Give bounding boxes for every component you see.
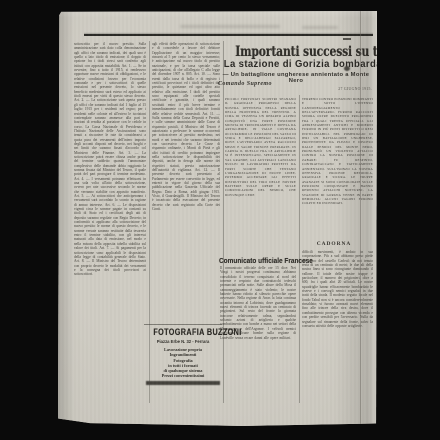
ad-line: Prezzi convenientissimi (144, 373, 222, 378)
article-column-1: sottoscritta per il nuovo prestito. Sull… (74, 42, 146, 404)
ad-body: Lavorazione propria Ingrandimenti Fotogr… (144, 347, 222, 379)
column-4-continuation: difficili movimenti, è andato in sua coo… (302, 250, 373, 403)
ink-smudge (343, 38, 351, 40)
section-header-comunicato-francese: Comunicato ufficiale Francese (219, 256, 313, 265)
bulletin-column-left: PICCOLI FORTUNATI SCONTRI SEGNANO IL GRA… (225, 97, 296, 246)
ad-address: Piazza Erbe N. 32 - Ferrara (144, 339, 222, 344)
signature-cadorna: CADORNA (302, 241, 366, 247)
bulletin-column-right: TERRENO CONTRO POSIZIONI DOMINANTI E SOT… (302, 97, 373, 239)
ghost-text (180, 25, 280, 28)
article-column-2: agli effetti delle operazioni di sottosc… (152, 42, 220, 323)
newspaper-page: sottoscritta per il nuovo prestito. Sull… (58, 11, 377, 426)
ad-ink-bar (146, 381, 219, 384)
kicker-comando-supremo: Comando Supremo (218, 81, 288, 87)
ad-title: FOTOGRAFIA BUZZONI (153, 327, 212, 338)
ad-fotografia-buzzoni: FOTOGRAFIA BUZZONI Piazza Erbe N. 32 - F… (144, 324, 222, 407)
headline-main: Importanti successi su tutto il fronte (235, 44, 357, 60)
column-divider (299, 95, 300, 403)
dateline: 27 GIUGNO 1915. (308, 87, 372, 91)
masthead-rule (84, 34, 373, 36)
ghost-text (302, 26, 338, 29)
page-edge-line (360, 11, 361, 426)
ink-smudge (344, 66, 350, 71)
